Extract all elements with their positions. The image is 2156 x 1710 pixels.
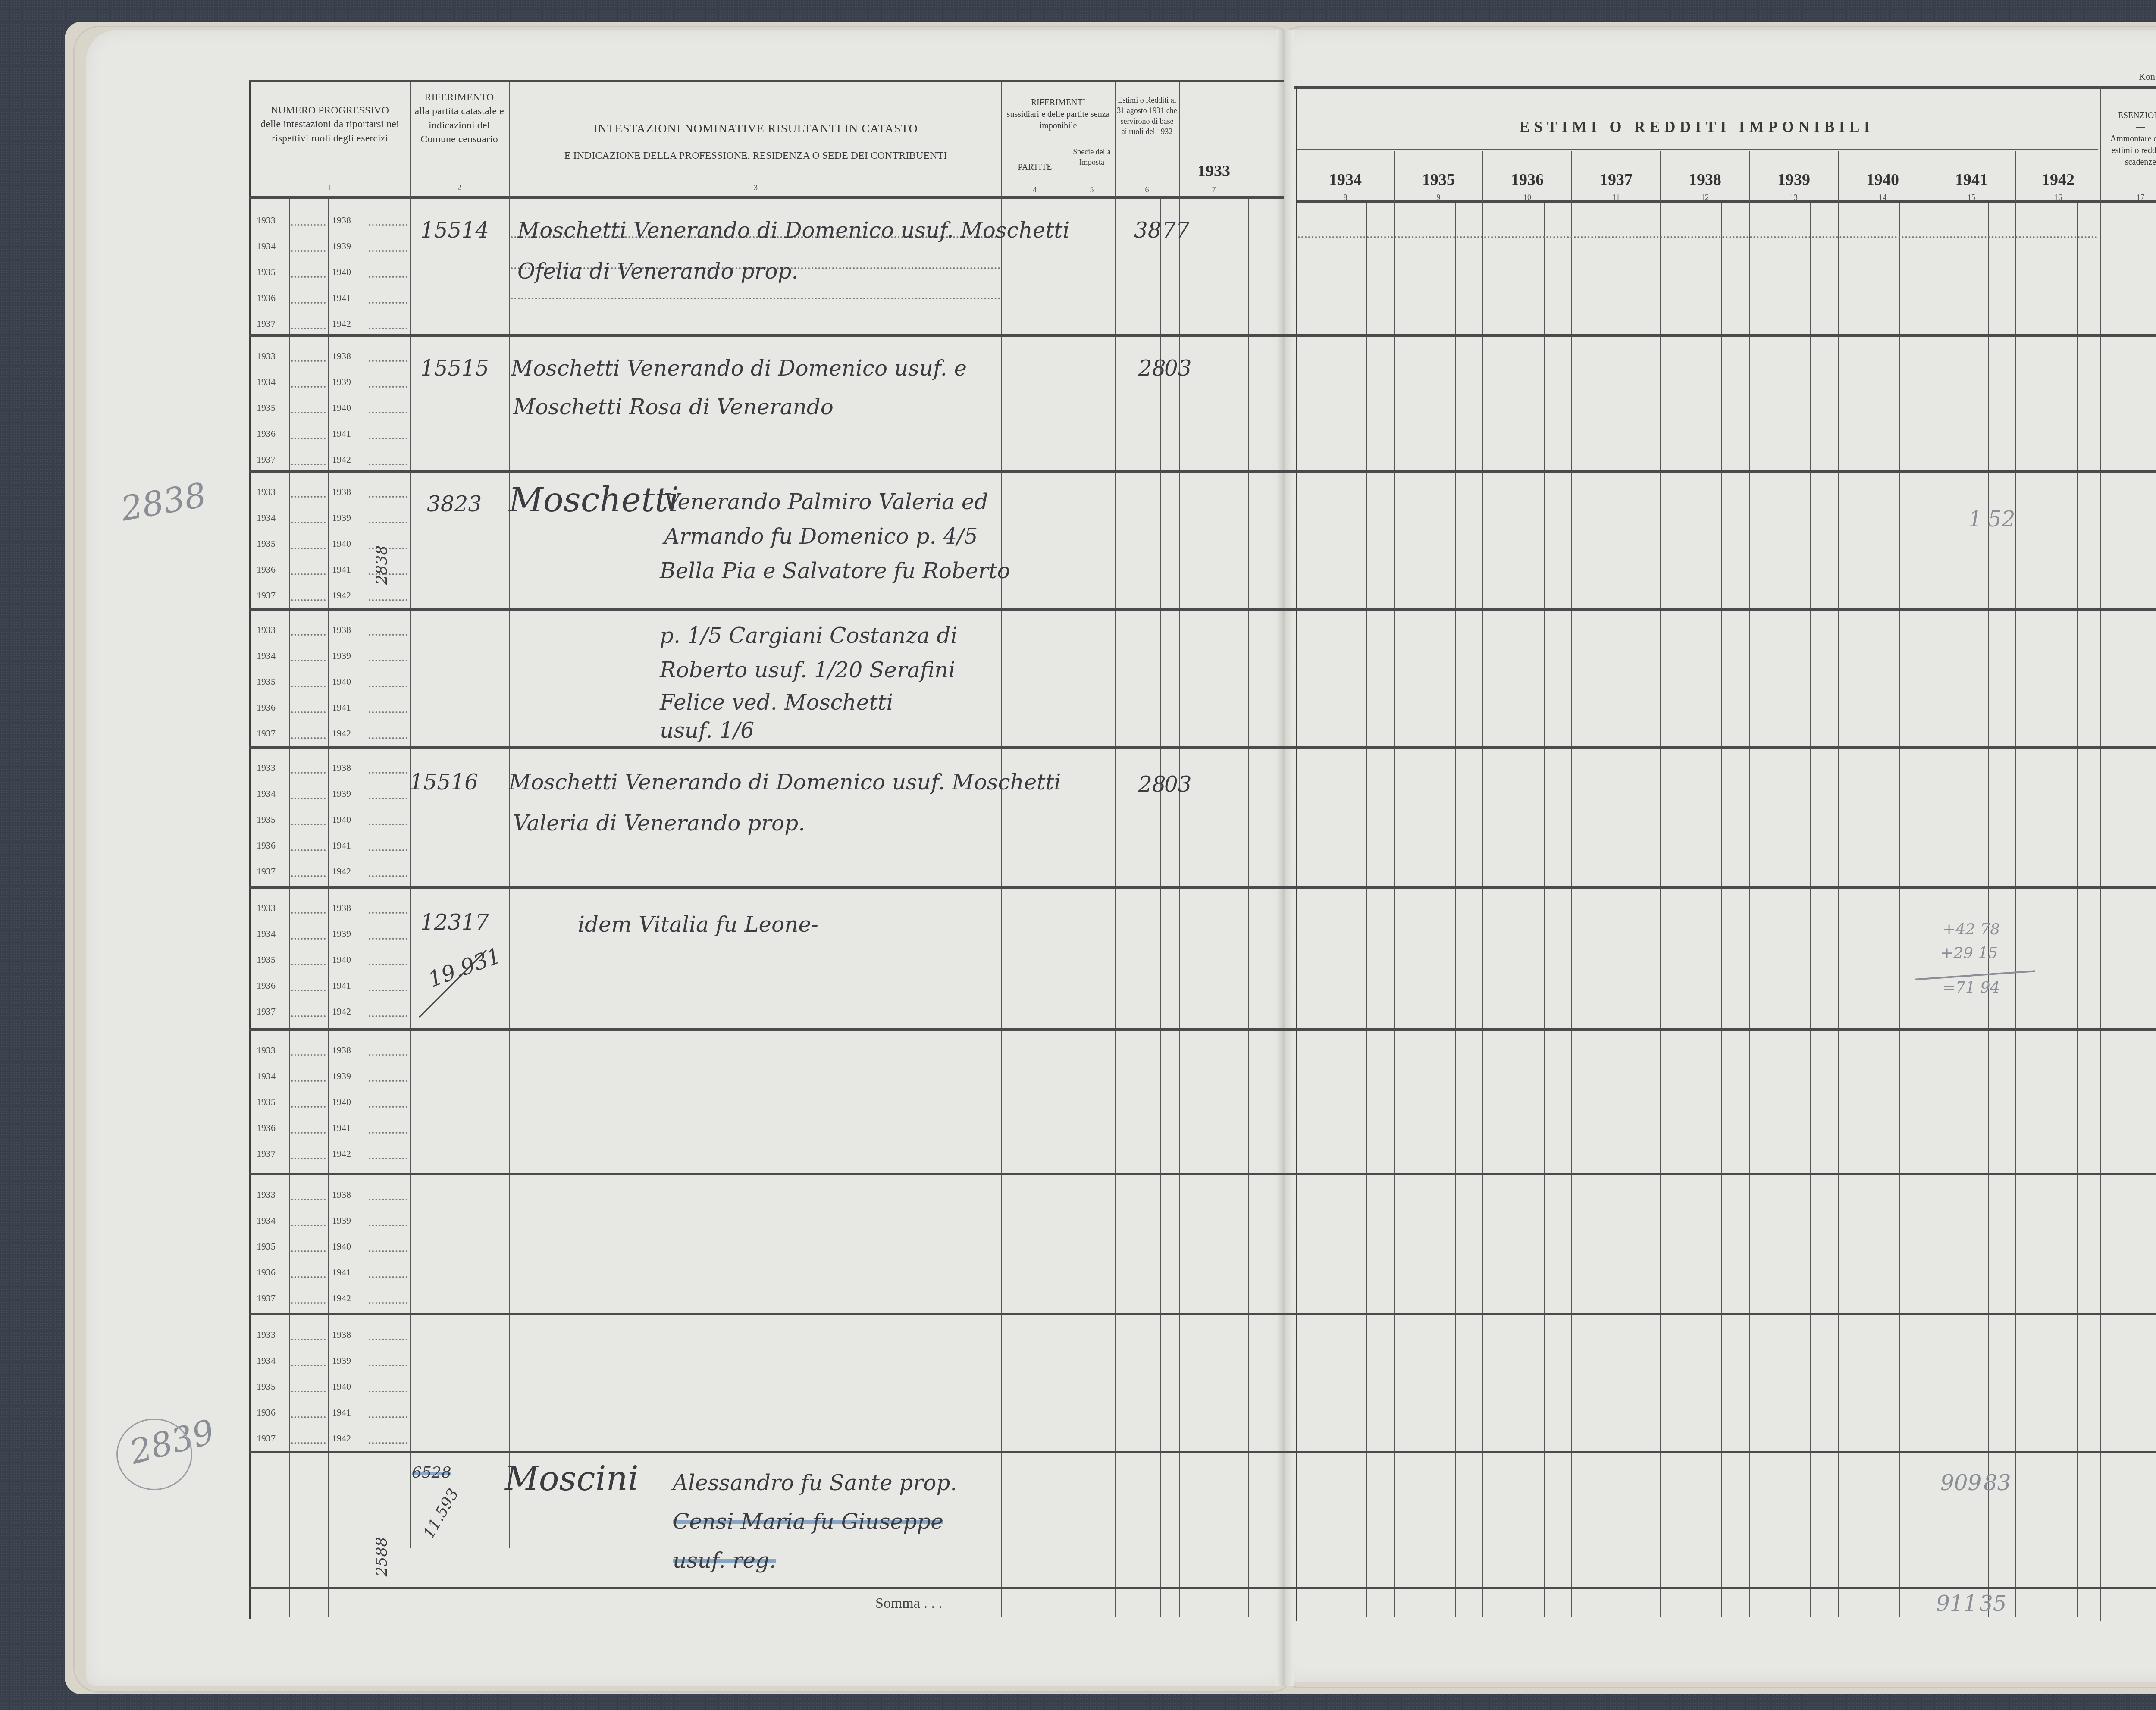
- entry-name-line: Ofelia di Venerando prop.: [517, 259, 798, 284]
- dotted-guide: [369, 875, 407, 877]
- header-specie: Specie della Imposta: [1069, 147, 1114, 168]
- year-label: 1936: [257, 840, 276, 851]
- entry-partita: 6528: [412, 1464, 451, 1481]
- entry-name-line: Moschetti Venerando di Domenico usuf. Mo…: [509, 770, 1061, 795]
- year-label: 1938: [332, 762, 351, 774]
- col-number: 10: [1484, 193, 1570, 202]
- year-label: 1940: [332, 1241, 351, 1252]
- year-label: 1936: [257, 564, 276, 575]
- year-label: 1942: [332, 728, 351, 739]
- year-label: 1937: [257, 454, 276, 465]
- dotted-guide: [369, 938, 407, 940]
- dotted-guide: [369, 386, 407, 388]
- entry-reddito-cents: 03: [1164, 772, 1192, 797]
- dotted-guide: [369, 1199, 407, 1200]
- col-divider: [1838, 151, 1839, 1617]
- header-year: 1935: [1395, 170, 1482, 189]
- dotted-guide: [291, 737, 326, 739]
- year-label: 1935: [257, 1381, 276, 1392]
- year-label: 1939: [332, 928, 351, 940]
- header-riferimenti-title: RIFERIMENTI: [1003, 97, 1114, 109]
- year-label: 1942: [332, 1433, 351, 1444]
- header-year: 1934: [1298, 170, 1393, 189]
- cents-divider: [1455, 203, 1456, 1617]
- year-label: 1940: [332, 1381, 351, 1392]
- entry-partita: 15516: [410, 770, 478, 795]
- cents-divider: [1633, 203, 1633, 1617]
- dotted-guide: [291, 464, 326, 465]
- dotted-guide: [291, 1276, 326, 1278]
- dotted-guide: [291, 1132, 326, 1134]
- col-number: 6: [1117, 185, 1177, 194]
- year-label: 1941: [332, 1407, 351, 1418]
- year-label: 1934: [257, 788, 276, 799]
- dotted-guide: [291, 386, 326, 388]
- dotted-guide: [291, 990, 326, 991]
- cents-divider: [1810, 203, 1811, 1617]
- year-label: 1941: [332, 428, 351, 439]
- header-col45: RIFERIMENTI sussidiari e delle partite s…: [1003, 97, 1114, 132]
- entry-side-note: 2838: [373, 545, 391, 585]
- dotted-guide: [369, 1158, 407, 1159]
- col-divider: [289, 198, 290, 1617]
- entry-calc-1941: +29 15: [1940, 944, 1998, 962]
- form-code: Kon. 111 - Imposte Dirette (Intercalare)…: [2139, 71, 2156, 82]
- year-label: 1941: [332, 564, 351, 575]
- dotted-guide: [291, 276, 326, 278]
- col-divider: [1660, 151, 1661, 1617]
- dotted-guide: [291, 1015, 326, 1017]
- year-label: 1942: [332, 1006, 351, 1017]
- dotted-guide: [291, 496, 326, 498]
- year-label: 1941: [332, 292, 351, 304]
- dotted-guide: [291, 1442, 326, 1444]
- col-divider: [2015, 151, 2016, 1617]
- header-col1: NUMERO PROGRESSIVO delle intestazioni da…: [252, 103, 407, 145]
- col-number: 15: [1928, 193, 2015, 202]
- dotted-guide: [291, 1302, 326, 1304]
- dotted-guide: [369, 438, 407, 439]
- dotted-guide: [369, 522, 407, 523]
- row-separator: [249, 1587, 2156, 1589]
- entry-name-line: p. 1/5 Cargiani Costanza di: [660, 623, 957, 648]
- dotted-guide: [369, 1132, 407, 1134]
- dotted-guide: [291, 1080, 326, 1082]
- cents-divider: [2077, 203, 2078, 1617]
- dotted-guide: [291, 1365, 326, 1366]
- year-label: 1939: [332, 376, 351, 388]
- year-label: 1939: [332, 1215, 351, 1226]
- row-separator: [249, 334, 2156, 337]
- dotted-guide: [291, 224, 326, 226]
- year-label: 1940: [332, 402, 351, 413]
- year-label: 1938: [332, 624, 351, 636]
- entry-value-1941-cents: 83: [1984, 1470, 2011, 1495]
- dotted-guide: [369, 224, 407, 226]
- dotted-guide: [291, 599, 326, 601]
- dotted-guide: [291, 328, 326, 329]
- entry-reddito-cents: 77: [1162, 218, 1190, 243]
- cents-divider: [1988, 203, 1989, 1617]
- col-divider: [1482, 151, 1483, 1617]
- header-col6: Estimi o Redditi al 31 agosto 1931 che s…: [1117, 95, 1177, 137]
- entry-name-line: idem Vitalia fu Leone-: [578, 912, 818, 937]
- year-label: 1935: [257, 266, 276, 278]
- dotted-guide: [291, 548, 326, 549]
- row-separator: [249, 1451, 2156, 1453]
- year-group-rule: [1296, 149, 2098, 150]
- left-table-border: [249, 80, 251, 1619]
- header-year: 1939: [1751, 170, 1837, 189]
- year-label: 1933: [257, 762, 276, 774]
- entry-partita: 15515: [420, 356, 489, 381]
- dotted-guide: [369, 849, 407, 851]
- year-label: 1940: [332, 676, 351, 687]
- year-label: 1936: [257, 1122, 276, 1134]
- year-label: 1935: [257, 1096, 276, 1108]
- year-label: 1937: [257, 1433, 276, 1444]
- col-number: 14: [1839, 193, 1926, 202]
- col-number: 11: [1573, 193, 1659, 202]
- entry-name-line: Moschetti Venerando di Domenico usuf. e: [511, 356, 967, 381]
- row-separator: [249, 470, 2156, 473]
- entry-side-note: 2588: [373, 1537, 391, 1577]
- dotted-guide: [291, 522, 326, 523]
- dotted-guide: [291, 1416, 326, 1418]
- entry-partita: 3823: [427, 492, 482, 517]
- year-label: 1939: [332, 1355, 351, 1366]
- header-col2: RIFERIMENTO alla partita catastale e ind…: [412, 91, 507, 147]
- dotted-guide: [511, 298, 1000, 299]
- year-label: 1941: [332, 1267, 351, 1278]
- year-label: 1937: [257, 866, 276, 877]
- year-label: 1940: [332, 538, 351, 549]
- dotted-guide: [291, 250, 326, 252]
- year-label: 1940: [332, 954, 351, 965]
- dotted-guide: [291, 438, 326, 439]
- dotted-guide: [291, 1106, 326, 1108]
- dotted-guide: [369, 686, 407, 687]
- row-separator: [249, 1028, 2156, 1031]
- col-number: 13: [1751, 193, 1837, 202]
- header-bottom-rule-left: [249, 196, 1284, 199]
- year-label: 1936: [257, 428, 276, 439]
- right-page: [1285, 30, 2156, 1682]
- dotted-guide: [369, 1302, 407, 1304]
- year-label: 1942: [332, 590, 351, 601]
- dotted-guide: [369, 328, 407, 329]
- year-label: 1942: [332, 866, 351, 877]
- year-label: 1940: [332, 266, 351, 278]
- year-label: 1942: [332, 1293, 351, 1304]
- entry-name-line: Venerando Palmiro Valeria ed: [664, 489, 988, 514]
- year-label: 1936: [257, 980, 276, 991]
- col-divider: [1115, 82, 1116, 1617]
- year-label: 1933: [257, 215, 276, 226]
- entry-name-line: usuf. 1/6: [660, 718, 754, 743]
- header-year: 1937: [1573, 170, 1659, 189]
- year-label: 1933: [257, 902, 276, 914]
- col-divider: [1749, 151, 1750, 1617]
- year-label: 1942: [332, 1148, 351, 1159]
- dotted-guide: [369, 1054, 407, 1056]
- dotted-guide: [291, 875, 326, 877]
- right-table-border: [1296, 86, 1297, 1621]
- dotted-guide: [369, 1080, 407, 1082]
- header-top-rule: [249, 80, 1284, 82]
- year-label: 1939: [332, 512, 351, 523]
- col-divider: [328, 198, 329, 1617]
- col-divider: [1927, 151, 1927, 1617]
- entry-name-line: Alessandro fu Sante prop.: [673, 1470, 957, 1495]
- entry-name-line: Bella Pia e Salvatore fu Roberto: [660, 558, 1010, 583]
- row-separator: [249, 1173, 2156, 1175]
- dotted-guide: [369, 1365, 407, 1366]
- year-label: 1935: [257, 1241, 276, 1252]
- header-esenzioni-title: ESENZIONI: [2102, 110, 2156, 122]
- dotted-guide: [1298, 236, 2098, 238]
- year-label: 1933: [257, 1329, 276, 1340]
- header-year: 1942: [2017, 170, 2099, 189]
- year-label: 1936: [257, 1267, 276, 1278]
- dotted-guide: [291, 412, 326, 413]
- entry-surname: Moscini: [505, 1459, 639, 1498]
- col-number: 17: [2102, 193, 2156, 202]
- entry-reddito: 28: [1138, 356, 1166, 381]
- header-year: 1936: [1484, 170, 1570, 189]
- dotted-guide: [291, 964, 326, 965]
- col-divider: [509, 82, 510, 1548]
- year-label: 1935: [257, 402, 276, 413]
- year-label: 1938: [332, 902, 351, 914]
- dotted-guide: [369, 276, 407, 278]
- col-divider: [1571, 151, 1572, 1617]
- col-divider: [1394, 151, 1395, 1617]
- col-number: 5: [1069, 185, 1114, 194]
- year-label: 1937: [257, 318, 276, 329]
- margin-number-circle: [116, 1419, 192, 1490]
- dotted-guide: [369, 360, 407, 362]
- year-label: 1934: [257, 512, 276, 523]
- entry-calc-1941: =71 94: [1943, 979, 2000, 996]
- col-number: 16: [2017, 193, 2099, 202]
- dotted-guide: [291, 938, 326, 940]
- year-label: 1933: [257, 624, 276, 636]
- dotted-guide: [291, 1158, 326, 1159]
- header-col3-sub: E INDICAZIONE DELLA PROFESSIONE, RESIDEN…: [511, 149, 1000, 163]
- col-divider: [2100, 86, 2101, 1621]
- dotted-guide: [291, 711, 326, 713]
- year-label: 1934: [257, 1355, 276, 1366]
- somma-1941-cents: 35: [1979, 1591, 2007, 1616]
- entry-value-1941: 1: [1968, 507, 1982, 532]
- dotted-guide: [369, 634, 407, 636]
- header-col1-title: NUMERO PROGRESSIVO: [252, 103, 407, 117]
- year-label: 1939: [332, 241, 351, 252]
- year-label: 1938: [332, 1329, 351, 1340]
- year-label: 1935: [257, 954, 276, 965]
- book-gutter: [1276, 30, 1294, 1686]
- col-number: 1: [252, 183, 407, 192]
- year-label: 1937: [257, 590, 276, 601]
- dotted-guide: [291, 1391, 326, 1392]
- year-label: 1939: [332, 650, 351, 661]
- entry-value-1941: 909: [1940, 1470, 1981, 1495]
- year-label: 1940: [332, 814, 351, 825]
- year-label: 1937: [257, 1293, 276, 1304]
- dotted-guide: [291, 1250, 326, 1252]
- year-label: 1937: [257, 728, 276, 739]
- entry-partita: 15514: [420, 218, 489, 243]
- header-col2-sub: alla partita catastale e indicazioni del…: [412, 104, 507, 146]
- entry-value-1941-cents: 52: [1988, 507, 2015, 532]
- dotted-guide: [291, 824, 326, 825]
- dotted-guide: [369, 599, 407, 601]
- year-label: 1942: [332, 318, 351, 329]
- dotted-guide: [369, 1339, 407, 1340]
- year-label: 1938: [332, 351, 351, 362]
- year-label: 1937: [257, 1006, 276, 1017]
- dotted-guide: [369, 798, 407, 799]
- dotted-guide: [291, 302, 326, 304]
- year-label: 1938: [332, 215, 351, 226]
- row-separator: [249, 1313, 2156, 1315]
- header-year: 1940: [1839, 170, 1926, 189]
- somma-1941: 911: [1936, 1591, 1977, 1616]
- header-esenzioni-sub: Ammontare degli estimi o redditi e scade…: [2102, 133, 2156, 168]
- year-label: 1938: [332, 1045, 351, 1056]
- dotted-guide: [369, 660, 407, 661]
- year-label: 1936: [257, 292, 276, 304]
- entry-name-line: Moschetti Venerando di Domenico usuf. Mo…: [517, 218, 1069, 243]
- header-col3-title: INTESTAZIONI NOMINATIVE RISULTANTI IN CA…: [511, 121, 1000, 137]
- row-separator: [249, 886, 2156, 889]
- year-label: 1938: [332, 486, 351, 498]
- entry-calc-1941: +42 78: [1943, 921, 2000, 938]
- col-divider: [367, 198, 367, 1617]
- year-label: 1942: [332, 454, 351, 465]
- col-number: 3: [511, 183, 1000, 192]
- dotted-guide: [369, 496, 407, 498]
- year-label: 1936: [257, 702, 276, 713]
- header-partite: PARTITE: [1003, 162, 1067, 173]
- dotted-guide: [291, 634, 326, 636]
- col-number: 12: [1662, 193, 1748, 202]
- entry-name-line: Valeria di Venerando prop.: [513, 811, 805, 836]
- year-label: 1934: [257, 376, 276, 388]
- dotted-guide: [369, 964, 407, 965]
- col-divider: [1179, 82, 1180, 1617]
- year-label: 1934: [257, 241, 276, 252]
- col-divider: [1069, 132, 1069, 1619]
- cents-divider: [1366, 203, 1367, 1617]
- header-year: 1941: [1928, 170, 2015, 189]
- entry-partita: 12317: [420, 910, 489, 935]
- year-label: 1941: [332, 1122, 351, 1134]
- header-esenzioni: ESENZIONI — Ammontare degli estimi o red…: [2102, 110, 2156, 168]
- header-esenzioni-dash: —: [2102, 122, 2156, 133]
- dotted-guide: [369, 1276, 407, 1278]
- dotted-guide: [369, 1225, 407, 1226]
- entry-name-line: Roberto usuf. 1/20 Serafini: [660, 658, 955, 683]
- header-year: 1938: [1662, 170, 1748, 189]
- dotted-guide: [369, 1250, 407, 1252]
- year-label: 1936: [257, 1407, 276, 1418]
- cents-divider: [1544, 203, 1545, 1617]
- year-label: 1938: [332, 1189, 351, 1200]
- col-number: 9: [1395, 193, 1482, 202]
- year-label: 1934: [257, 650, 276, 661]
- dotted-guide: [369, 1015, 407, 1017]
- entry-reddito: 38: [1134, 218, 1162, 243]
- dotted-guide: [369, 412, 407, 413]
- dotted-guide: [369, 990, 407, 991]
- dotted-guide: [369, 912, 407, 914]
- year-label: 1933: [257, 351, 276, 362]
- dotted-guide: [291, 1339, 326, 1340]
- somma-label: Somma . . .: [875, 1595, 942, 1612]
- entry-surname: Moschetti: [509, 481, 679, 520]
- year-label: 1935: [257, 814, 276, 825]
- year-label: 1937: [257, 1148, 276, 1159]
- dotted-guide: [369, 464, 407, 465]
- year-label: 1941: [332, 980, 351, 991]
- entry-reddito: 28: [1138, 772, 1166, 797]
- year-label: 1939: [332, 788, 351, 799]
- col-divider: [410, 82, 411, 1548]
- year-label: 1941: [332, 840, 351, 851]
- dotted-guide: [369, 772, 407, 774]
- dotted-guide: [291, 1054, 326, 1056]
- col-divider: [1248, 198, 1249, 1617]
- year-label: 1934: [257, 1071, 276, 1082]
- header-year-1933: 1933: [1181, 162, 1246, 181]
- header-col1-sub: delle intestazioni da riportarsi nei ris…: [252, 117, 407, 145]
- header-top-rule-right: [1294, 86, 2156, 89]
- row-separator: [249, 608, 2156, 611]
- dotted-guide: [291, 573, 326, 575]
- entry-name-line: Felice ved. Moschetti: [660, 690, 893, 715]
- col-number: 8: [1298, 193, 1393, 202]
- dotted-guide: [369, 1442, 407, 1444]
- dotted-guide: [369, 1106, 407, 1108]
- year-label: 1940: [332, 1096, 351, 1108]
- col-number: 7: [1181, 185, 1246, 194]
- entry-name-line: Moschetti Rosa di Venerando: [513, 395, 834, 420]
- header-col2-title: RIFERIMENTO: [412, 91, 507, 104]
- year-label: 1933: [257, 486, 276, 498]
- col-number: 4: [1003, 185, 1067, 194]
- dotted-guide: [369, 1391, 407, 1392]
- dotted-guide: [291, 360, 326, 362]
- dotted-guide: [369, 250, 407, 252]
- dotted-guide: [291, 1199, 326, 1200]
- cents-divider: [1721, 203, 1722, 1617]
- header-estimi-redditi: ESTIMI O REDDITI IMPONIBILI: [1296, 116, 2098, 138]
- dotted-guide: [291, 660, 326, 661]
- dotted-guide: [369, 302, 407, 304]
- year-label: 1941: [332, 702, 351, 713]
- dotted-guide: [291, 912, 326, 914]
- col-divider: [1160, 198, 1161, 1617]
- year-label: 1933: [257, 1045, 276, 1056]
- entry-name-line: Armando fu Domenico p. 4/5: [664, 524, 978, 549]
- year-label: 1939: [332, 1071, 351, 1082]
- dotted-guide: [291, 772, 326, 774]
- dotted-guide: [291, 849, 326, 851]
- year-label: 1935: [257, 538, 276, 549]
- dotted-guide: [369, 1416, 407, 1418]
